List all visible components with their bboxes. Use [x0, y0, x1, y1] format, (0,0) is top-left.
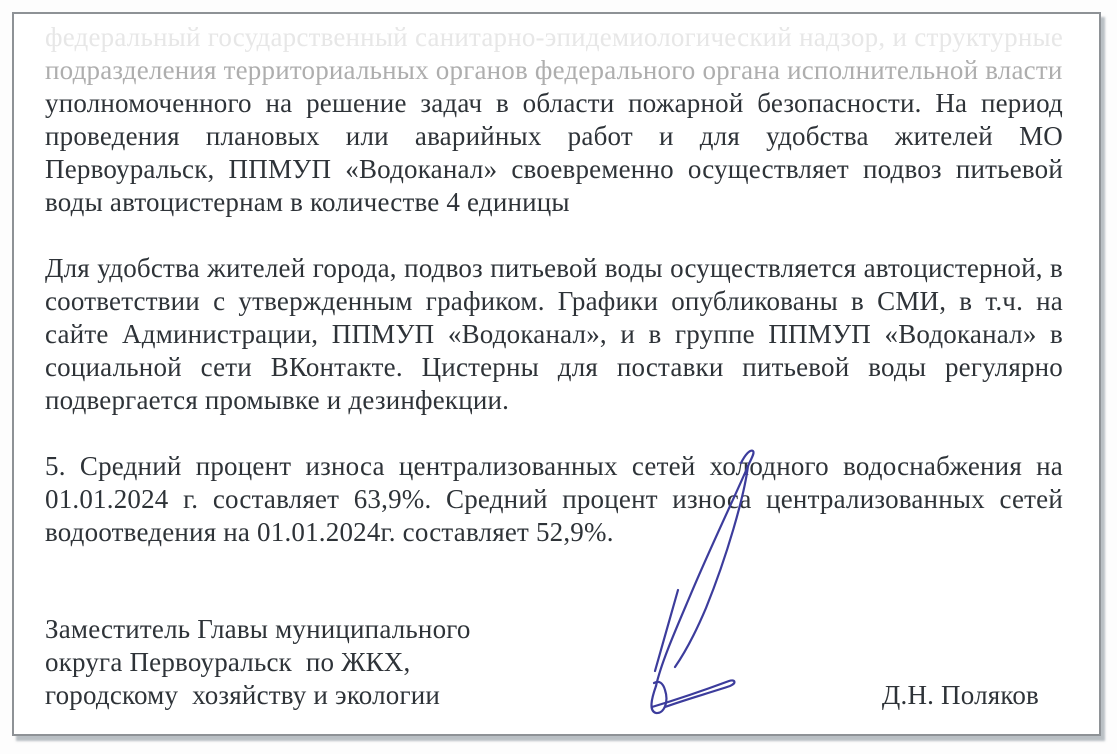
paragraph-1-faded-line-1: федеральный государственный санитарно-эп…	[45, 21, 1063, 54]
signer-title: Заместитель Главы муниципального округа …	[45, 613, 471, 712]
signer-title-line-2: округа Первоуральск по ЖКХ,	[45, 646, 471, 679]
paragraph-1-faded-line-2: подразделения территориальных органов фе…	[45, 54, 1063, 87]
paragraph-3: 5. Средний процент износа централизованн…	[45, 450, 1063, 549]
signer-name: Д.Н. Поляков	[882, 679, 1039, 712]
signer-title-line-1: Заместитель Главы муниципального	[45, 613, 471, 646]
document-page: федеральный государственный санитарно-эп…	[12, 12, 1101, 736]
paragraph-1-body: уполномоченного на решение задач в облас…	[45, 87, 1063, 219]
signer-title-line-3: городскому хозяйству и экологии	[45, 679, 471, 712]
paragraph-2: Для удобства жителей города, подвоз пить…	[45, 252, 1063, 417]
signature-block: Заместитель Главы муниципального округа …	[45, 613, 1063, 712]
